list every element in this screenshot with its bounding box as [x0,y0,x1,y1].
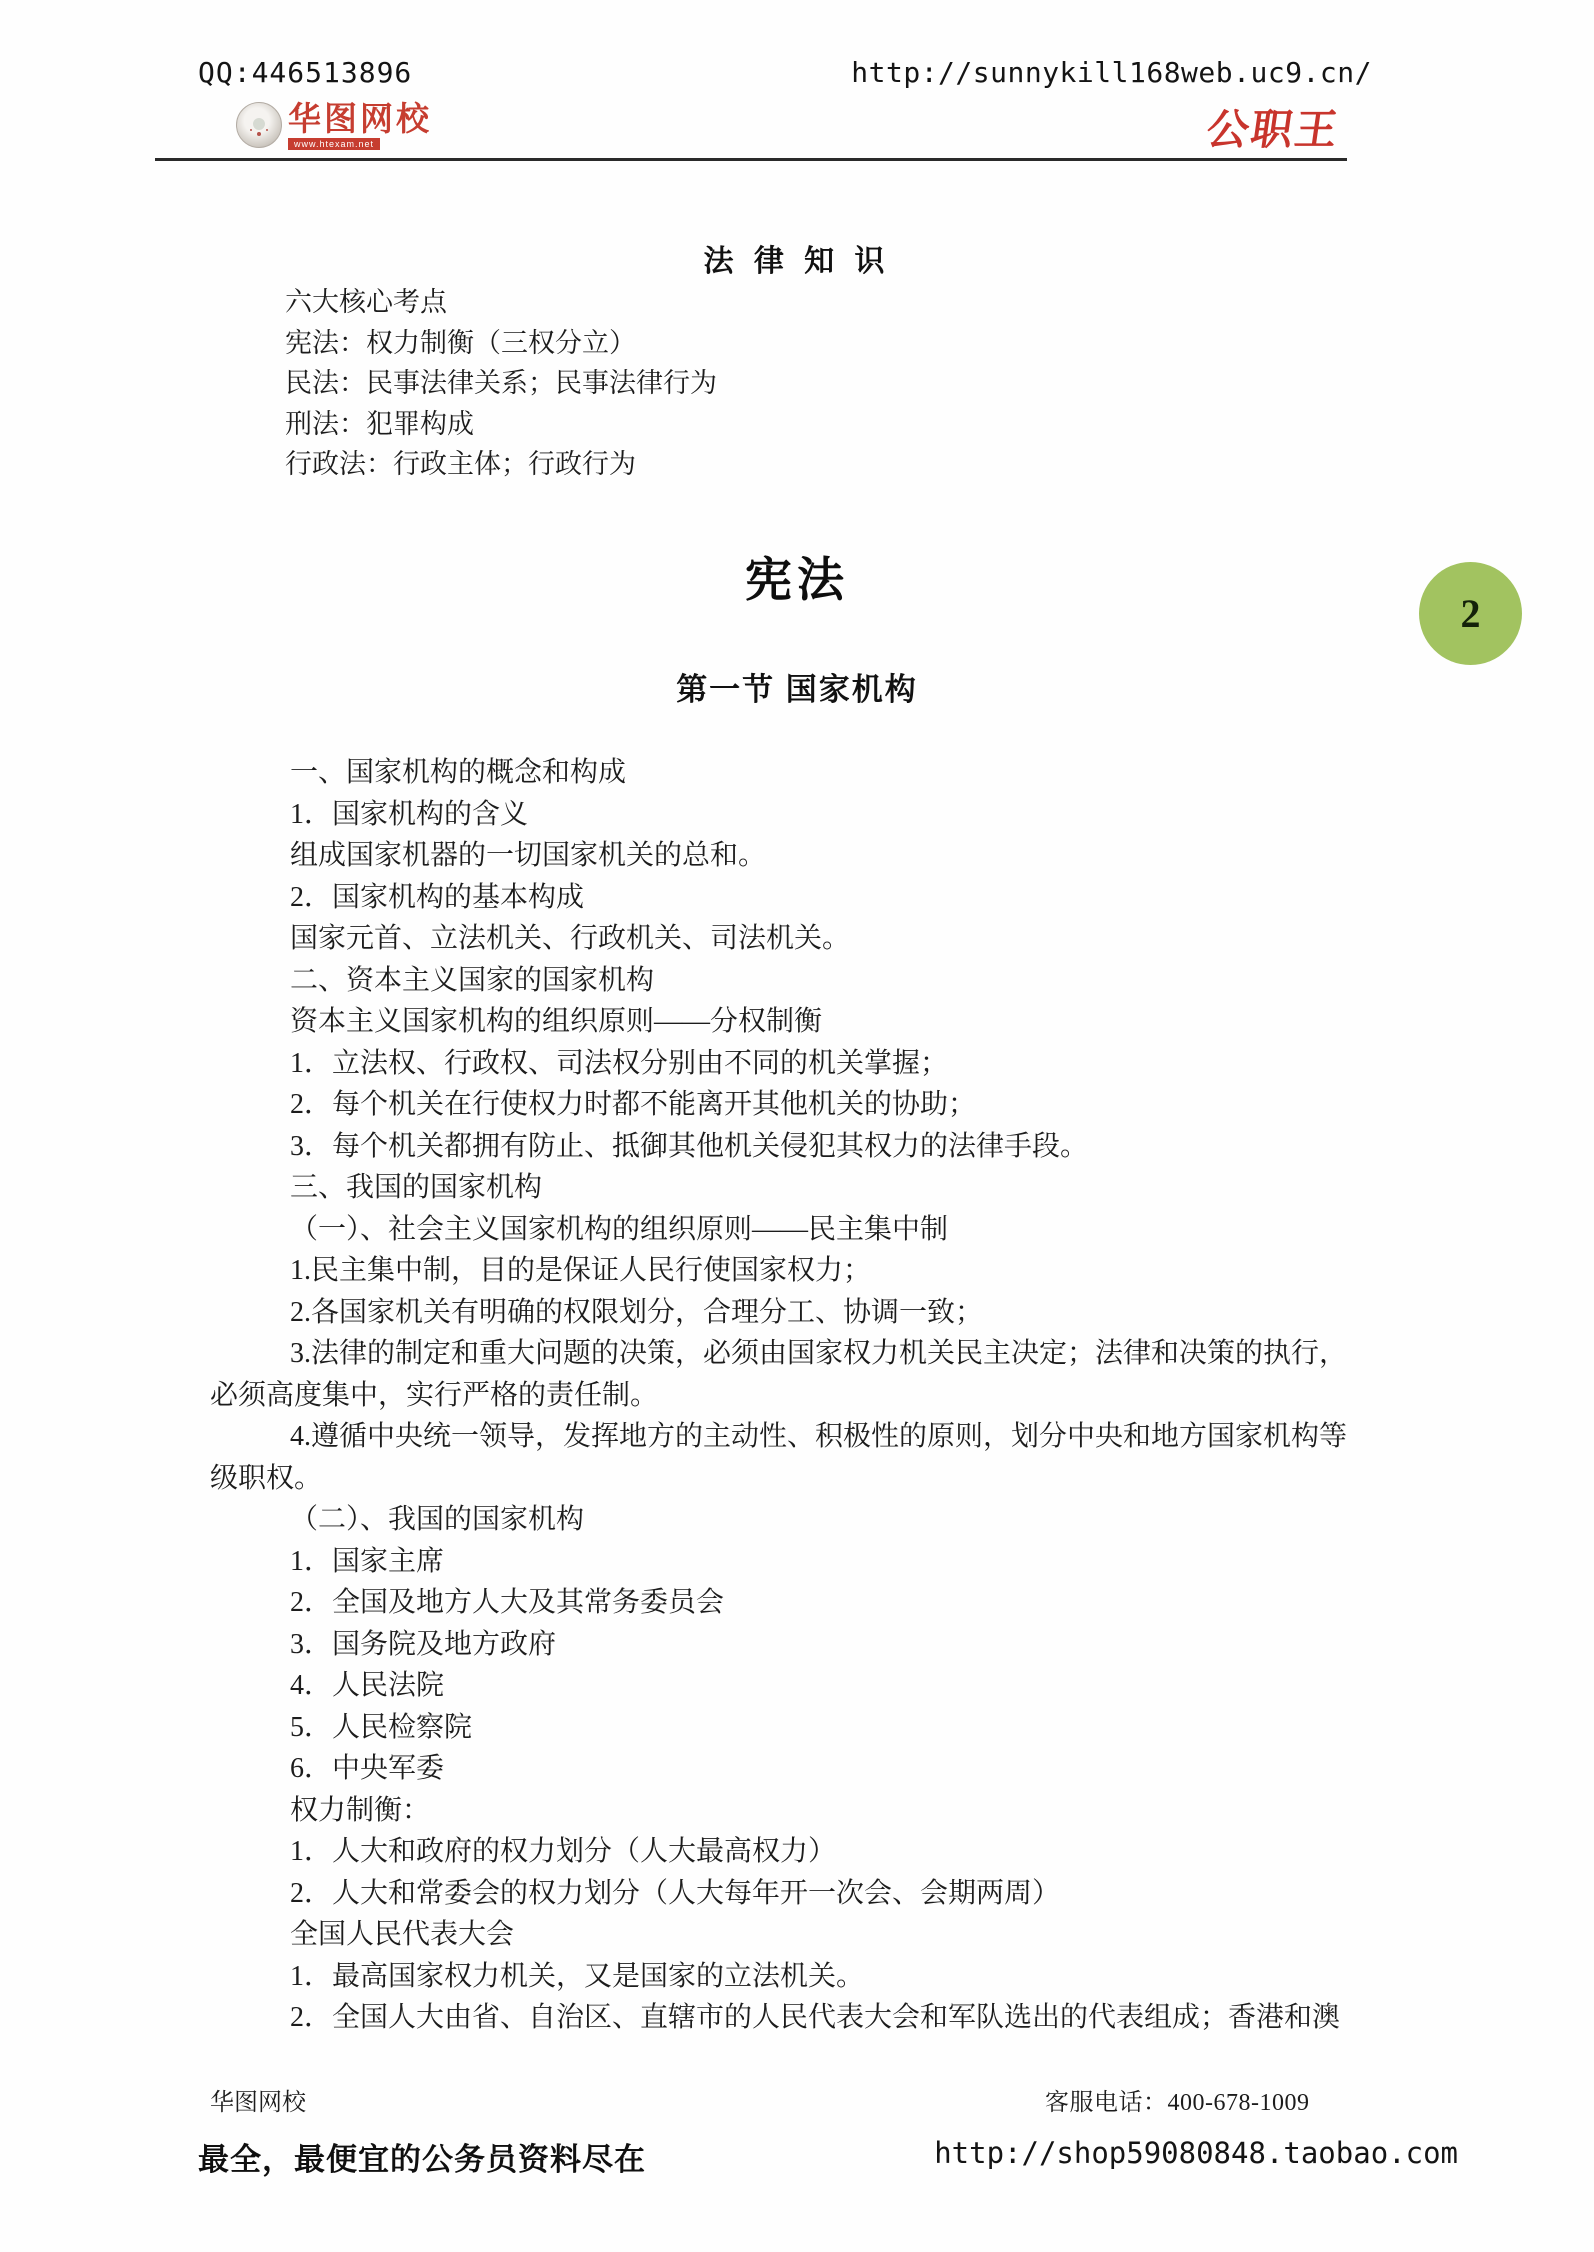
qq-contact-text: QQ:446513896 [198,56,412,89]
body-text: 一、国家机构的概念和构成1．国家机构的含义组成国家机器的一切国家机关的总和。2．… [210,752,1400,2039]
footer-school-name: 华图网校 [210,2082,306,2117]
intro-line: 民法：民事法律关系；民事法律行为 [285,363,717,404]
body-line: 4.遵循中央统一领导，发挥地方的主动性、积极性的原则，划分中央和地方国家机构等 [210,1416,1400,1458]
intro-list: 六大核心考点宪法：权力制衡（三权分立）民法：民事法律关系；民事法律行为刑法：犯罪… [285,282,717,485]
body-line: 权力制衡： [210,1790,1400,1832]
seal-crest-icon [236,102,282,148]
body-line: 三、我国的国家机构 [210,1167,1400,1209]
body-line: （一）、社会主义国家机构的组织原则——民主集中制 [210,1209,1400,1251]
body-line: 6．中央军委 [210,1748,1400,1790]
section-title: 第一节 国家机构 [0,664,1594,709]
footer-shop-url: http://shop59080848.taobao.com [934,2136,1458,2170]
logo-wordmark: 华图网校 [288,102,432,136]
logo-text-block: 华图网校 www.htexam.net [288,102,432,150]
body-line: 2．国家机构的基本构成 [210,877,1400,919]
intro-title: 法 律 知 识 [0,236,1594,280]
body-line: 3．国务院及地方政府 [210,1624,1400,1666]
body-line: 2．人大和常委会的权力划分（人大每年开一次会、会期两周） [210,1873,1400,1915]
page-number: 2 [1461,590,1481,637]
header-url-text: http://sunnykill168web.uc9.cn/ [851,56,1372,89]
body-line: 组成国家机器的一切国家机关的总和。 [210,835,1400,877]
body-line: 2.各国家机关有明确的权限划分，合理分工、协调一致； [210,1292,1400,1334]
body-line: 一、国家机构的概念和构成 [210,752,1400,794]
intro-line: 宪法：权力制衡（三权分立） [285,323,717,364]
body-line: 全国人民代表大会 [210,1914,1400,1956]
body-line: 3.法律的制定和重大问题的决策，必须由国家权力机关民主决定；法律和决策的执行， [210,1333,1400,1375]
logo-site-url: www.htexam.net [288,138,380,150]
body-line: 国家元首、立法机关、行政机关、司法机关。 [210,918,1400,960]
body-line: （二）、我国的国家机构 [210,1499,1400,1541]
footer-phone: 客服电话：400-678-1009 [1045,2082,1309,2117]
page-number-badge: 2 [1419,562,1522,665]
footer-slogan: 最全，最便宜的公务员资料尽在 [198,2134,646,2179]
intro-line: 刑法：犯罪构成 [285,404,717,445]
body-line: 1．国家机构的含义 [210,794,1400,836]
body-line: 1.民主集中制，目的是保证人民行使国家权力； [210,1250,1400,1292]
body-line: 2．全国及地方人大及其常务委员会 [210,1582,1400,1624]
body-line: 5．人民检察院 [210,1707,1400,1749]
body-line: 必须高度集中，实行严格的责任制。 [210,1375,1400,1417]
chapter-title: 宪法 [0,543,1594,610]
body-line: 1．最高国家权力机关，又是国家的立法机关。 [210,1956,1400,1998]
huatu-logo: 华图网校 www.htexam.net [236,102,432,150]
body-line: 二、资本主义国家的国家机构 [210,960,1400,1002]
body-line: 资本主义国家机构的组织原则——分权制衡 [210,1001,1400,1043]
intro-line: 行政法：行政主体；行政行为 [285,444,717,485]
gongzhiwang-wordmark: 公职王 [1204,108,1342,152]
body-line: 4．人民法院 [210,1665,1400,1707]
body-line: 1．人大和政府的权力划分（人大最高权力） [210,1831,1400,1873]
document-page: QQ:446513896 http://sunnykill168web.uc9.… [0,0,1594,2252]
body-line: 2．全国人大由省、自治区、直辖市的人民代表大会和军队选出的代表组成；香港和澳 [210,1997,1400,2039]
body-line: 1．立法权、行政权、司法权分别由不同的机关掌握； [210,1043,1400,1085]
body-line: 2．每个机关在行使权力时都不能离开其他机关的协助； [210,1084,1400,1126]
header-divider [155,158,1347,161]
body-line: 3．每个机关都拥有防止、抵御其他机关侵犯其权力的法律手段。 [210,1126,1400,1168]
body-line: 级职权。 [210,1458,1400,1500]
body-line: 1．国家主席 [210,1541,1400,1583]
intro-line: 六大核心考点 [285,282,717,323]
